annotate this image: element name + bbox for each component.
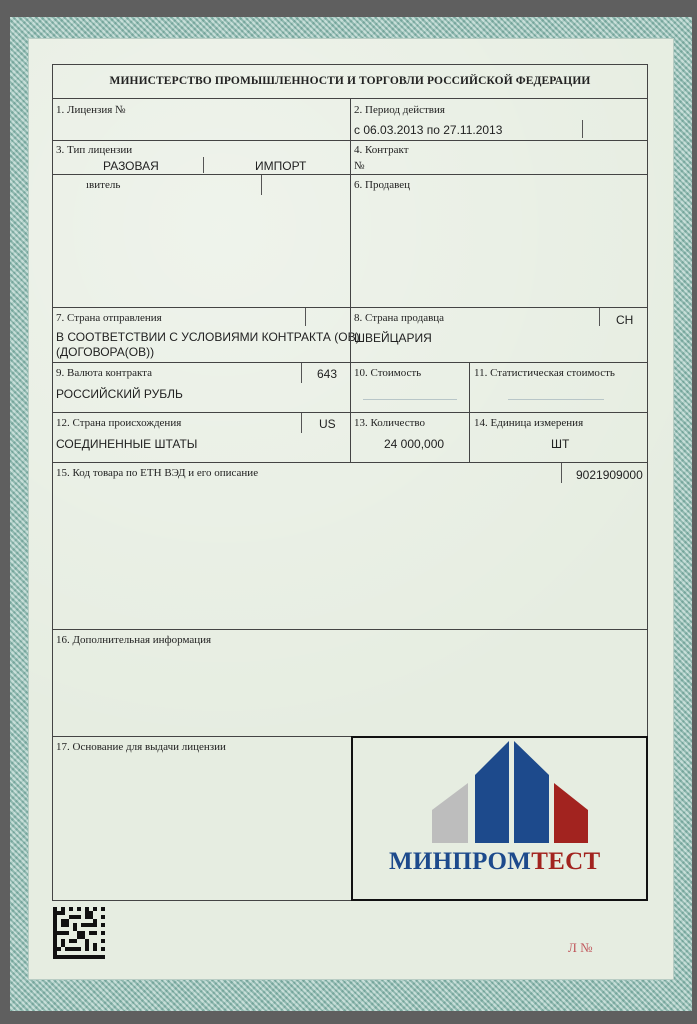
field-4-value: №: [354, 160, 365, 172]
field-11-label: 11. Статистическая стоимость: [474, 367, 615, 379]
field-10-underline: [363, 399, 457, 400]
field-17-label: 17. Основание для выдачи лицензии: [56, 741, 226, 753]
field-13-quantity: 13. Количество 24 000,000: [350, 412, 470, 463]
field-14-value: ШТ: [551, 437, 569, 451]
field-1-label: 1. Лицензия №: [56, 104, 126, 116]
field-5-divider: [261, 175, 262, 195]
field-7-label: 7. Страна отправления: [56, 312, 162, 324]
header-cell: МИНИСТЕРСТВО ПРОМЫШЛЕННОСТИ И ТОРГОВЛИ Р…: [52, 64, 648, 99]
datamatrix-code-icon: [53, 907, 105, 959]
field-8-code: CH: [616, 313, 633, 327]
logo-buildings-icon: [351, 736, 648, 901]
company-logo: МИНПРОМТЕСТ: [351, 736, 648, 901]
field-13-label: 13. Количество: [354, 417, 425, 429]
license-number-footer: Л №: [568, 940, 592, 956]
field-9-label: 9. Валюта контракта: [56, 367, 152, 379]
field-12-country-of-origin: 12. Страна происхождения US СОЕДИНЕННЫЕ …: [52, 412, 351, 463]
field-4-label: 4. Контракт: [354, 144, 409, 156]
field-8-label: 8. Страна продавца: [354, 312, 444, 324]
field-6-label: 6. Продавец: [354, 179, 410, 191]
field-15-divider: [561, 463, 562, 483]
field-8-seller-country: 8. Страна продавца CH ШВЕЙЦАРИЯ: [350, 307, 648, 363]
field-9-contract-currency: 9. Валюта контракта 643 РОССИЙСКИЙ РУБЛЬ: [52, 362, 351, 413]
field-12-value: СОЕДИНЕННЫЕ ШТАТЫ: [56, 437, 197, 451]
field-14-unit-of-measure: 14. Единица измерения ШТ: [469, 412, 648, 463]
field-9-code: 643: [317, 367, 337, 381]
field-7-value-line-2: (ДОГОВОРА(ОВ)): [56, 345, 154, 359]
field-9-divider: [301, 363, 302, 383]
field-15-label: 15. Код товара по ЕТН ВЭД и его описание: [56, 467, 258, 479]
field-2-label: 2. Период действия: [354, 104, 445, 116]
field-13-value: 24 000,000: [384, 437, 444, 451]
field-1-license-number: 1. Лицензия №: [52, 98, 351, 141]
field-17-grounds-for-issue: 17. Основание для выдачи лицензии: [52, 736, 352, 901]
ministry-title: МИНИСТЕРСТВО ПРОМЫШЛЕННОСТИ И ТОРГОВЛИ Р…: [53, 75, 647, 87]
field-3-label: 3. Тип лицензии: [56, 144, 132, 156]
field-7-divider: [305, 308, 306, 326]
form-layer: МИНИСТЕРСТВО ПРОМЫШЛЕННОСТИ И ТОРГОВЛИ Р…: [0, 0, 697, 1024]
field-3-divider: [203, 157, 204, 173]
field-3-direction-value: ИМПОРТ: [255, 159, 306, 173]
field-12-label: 12. Страна происхождения: [56, 417, 181, 429]
field-16-label: 16. Дополнительная информация: [56, 634, 211, 646]
field-2-validity-period: 2. Период действия с 06.03.2013 по 27.11…: [350, 98, 648, 141]
field-2-value: с 06.03.2013 по 27.11.2013: [354, 123, 502, 137]
field-12-divider: [301, 413, 302, 433]
field-11-statistical-cost: 11. Статистическая стоимость: [469, 362, 648, 413]
logo-text-red: ТЕСТ: [531, 848, 600, 875]
field-15-code: 9021909000: [576, 468, 643, 482]
field-4-contract: 4. Контракт №: [350, 140, 648, 175]
field-11-underline: [508, 399, 604, 400]
field-8-value: ШВЕЙЦАРИЯ: [354, 331, 432, 345]
field-6-seller: 6. Продавец: [350, 174, 648, 308]
field-3-license-type: 3. Тип лицензии РАЗОВАЯ ИМПОРТ: [52, 140, 351, 175]
field-5-applicant: ıвитель: [52, 174, 351, 308]
field-14-label: 14. Единица измерения: [474, 417, 583, 429]
field-8-divider: [599, 308, 600, 326]
logo-text: МИНПРОМТЕСТ: [389, 848, 600, 876]
field-2-divider: [582, 120, 583, 138]
field-16-additional-info: 16. Дополнительная информация: [52, 629, 648, 737]
field-10-cost: 10. Стоимость: [350, 362, 470, 413]
field-5-label: ıвитель: [86, 179, 120, 191]
logo-text-blue: МИНПРОМ: [389, 848, 531, 875]
field-12-code: US: [319, 417, 336, 431]
field-3-type-value: РАЗОВАЯ: [103, 159, 159, 173]
field-10-label: 10. Стоимость: [354, 367, 421, 379]
field-15-commodity-code: 15. Код товара по ЕТН ВЭД и его описание…: [52, 462, 648, 630]
field-7-country-of-departure: 7. Страна отправления В СООТВЕТСТВИИ С У…: [52, 307, 351, 363]
field-9-value: РОССИЙСКИЙ РУБЛЬ: [56, 387, 183, 401]
field-7-value-line-1: В СООТВЕТСТВИИ С УСЛОВИЯМИ КОНТРАКТА (ОВ…: [56, 330, 360, 344]
